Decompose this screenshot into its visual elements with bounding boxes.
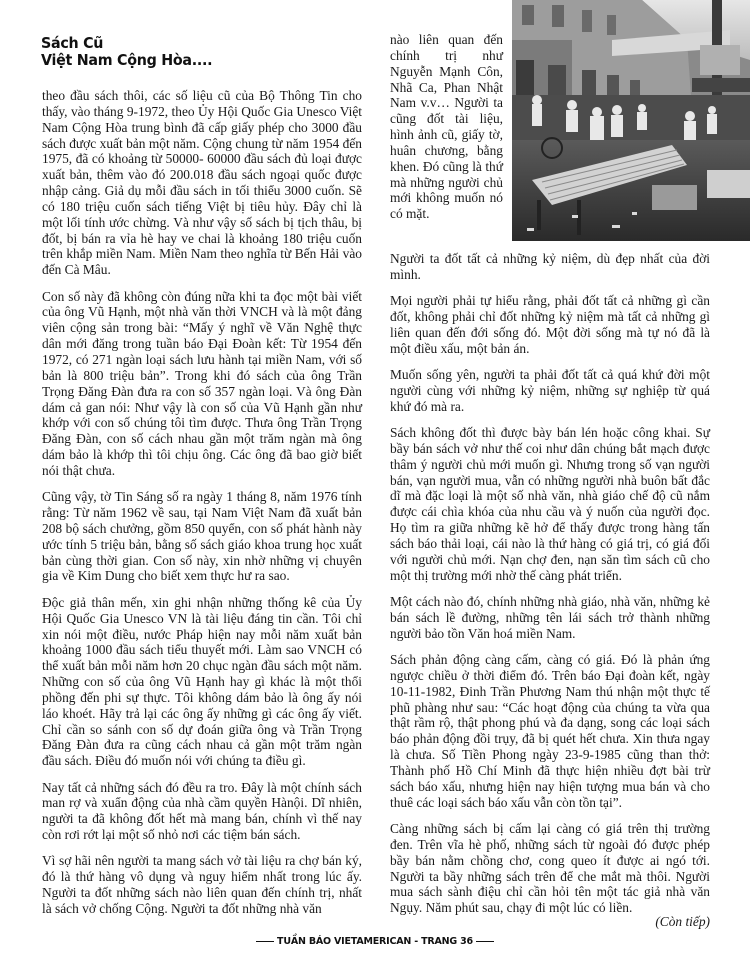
continued-note: (Còn tiếp) bbox=[390, 914, 710, 930]
footer-rule-left bbox=[256, 941, 274, 942]
paragraph: Cũng vậy, tờ Tin Sáng số ra ngày 1 tháng… bbox=[42, 489, 362, 584]
paragraph: Vì sợ hãi nên người ta mang sách vở tài … bbox=[42, 853, 362, 916]
paragraph: Một cách nào đó, chính những nhà giáo, n… bbox=[390, 594, 710, 642]
paragraph: Càng những sách bị cấm lại càng có giá t… bbox=[390, 821, 710, 916]
paragraph: Con số này đã không còn đúng nữa khi ta … bbox=[42, 289, 362, 479]
article-title-line1: Sách Cũ bbox=[41, 35, 212, 52]
paragraph: Người ta đốt tất cả những kỷ niệm, dù đẹ… bbox=[390, 251, 710, 283]
street-book-market-photo bbox=[512, 0, 750, 241]
footer-text: TUẦN BÁO VIETAMERICAN - TRANG 36 bbox=[277, 936, 473, 947]
page-footer: TUẦN BÁO VIETAMERICAN - TRANG 36 bbox=[0, 936, 750, 947]
article-title: Sách Cũ Việt Nam Cộng Hòa.... bbox=[41, 35, 212, 69]
footer-rule-right bbox=[476, 941, 494, 942]
right-column-narrow-text: nào liên quan đến chính trị như Nguyễn M… bbox=[390, 32, 503, 222]
paragraph: Mọi người phải tự hiểu rằng, phải đốt tấ… bbox=[390, 293, 710, 356]
paragraph: Sách không đốt thì được bày bán lén hoặc… bbox=[390, 425, 710, 583]
article-title-line2: Việt Nam Cộng Hòa.... bbox=[41, 52, 212, 69]
paragraph: Muốn sống yên, người ta phải đốt tất cả … bbox=[390, 367, 710, 415]
photo-street-book-market-icon bbox=[512, 0, 750, 241]
paragraph: theo đầu sách thôi, các số liệu cũ của B… bbox=[42, 88, 362, 278]
paragraph: Độc giả thân mến, xin ghi nhận những thố… bbox=[42, 595, 362, 769]
left-column: theo đầu sách thôi, các số liệu cũ của B… bbox=[42, 88, 362, 927]
paragraph: Sách phản động càng cấm, càng có giá. Đó… bbox=[390, 652, 710, 810]
paragraph: Nay tất cả những sách đó đều ra tro. Đây… bbox=[42, 780, 362, 843]
right-column: Người ta đốt tất cả những kỷ niệm, dù đẹ… bbox=[390, 251, 710, 930]
